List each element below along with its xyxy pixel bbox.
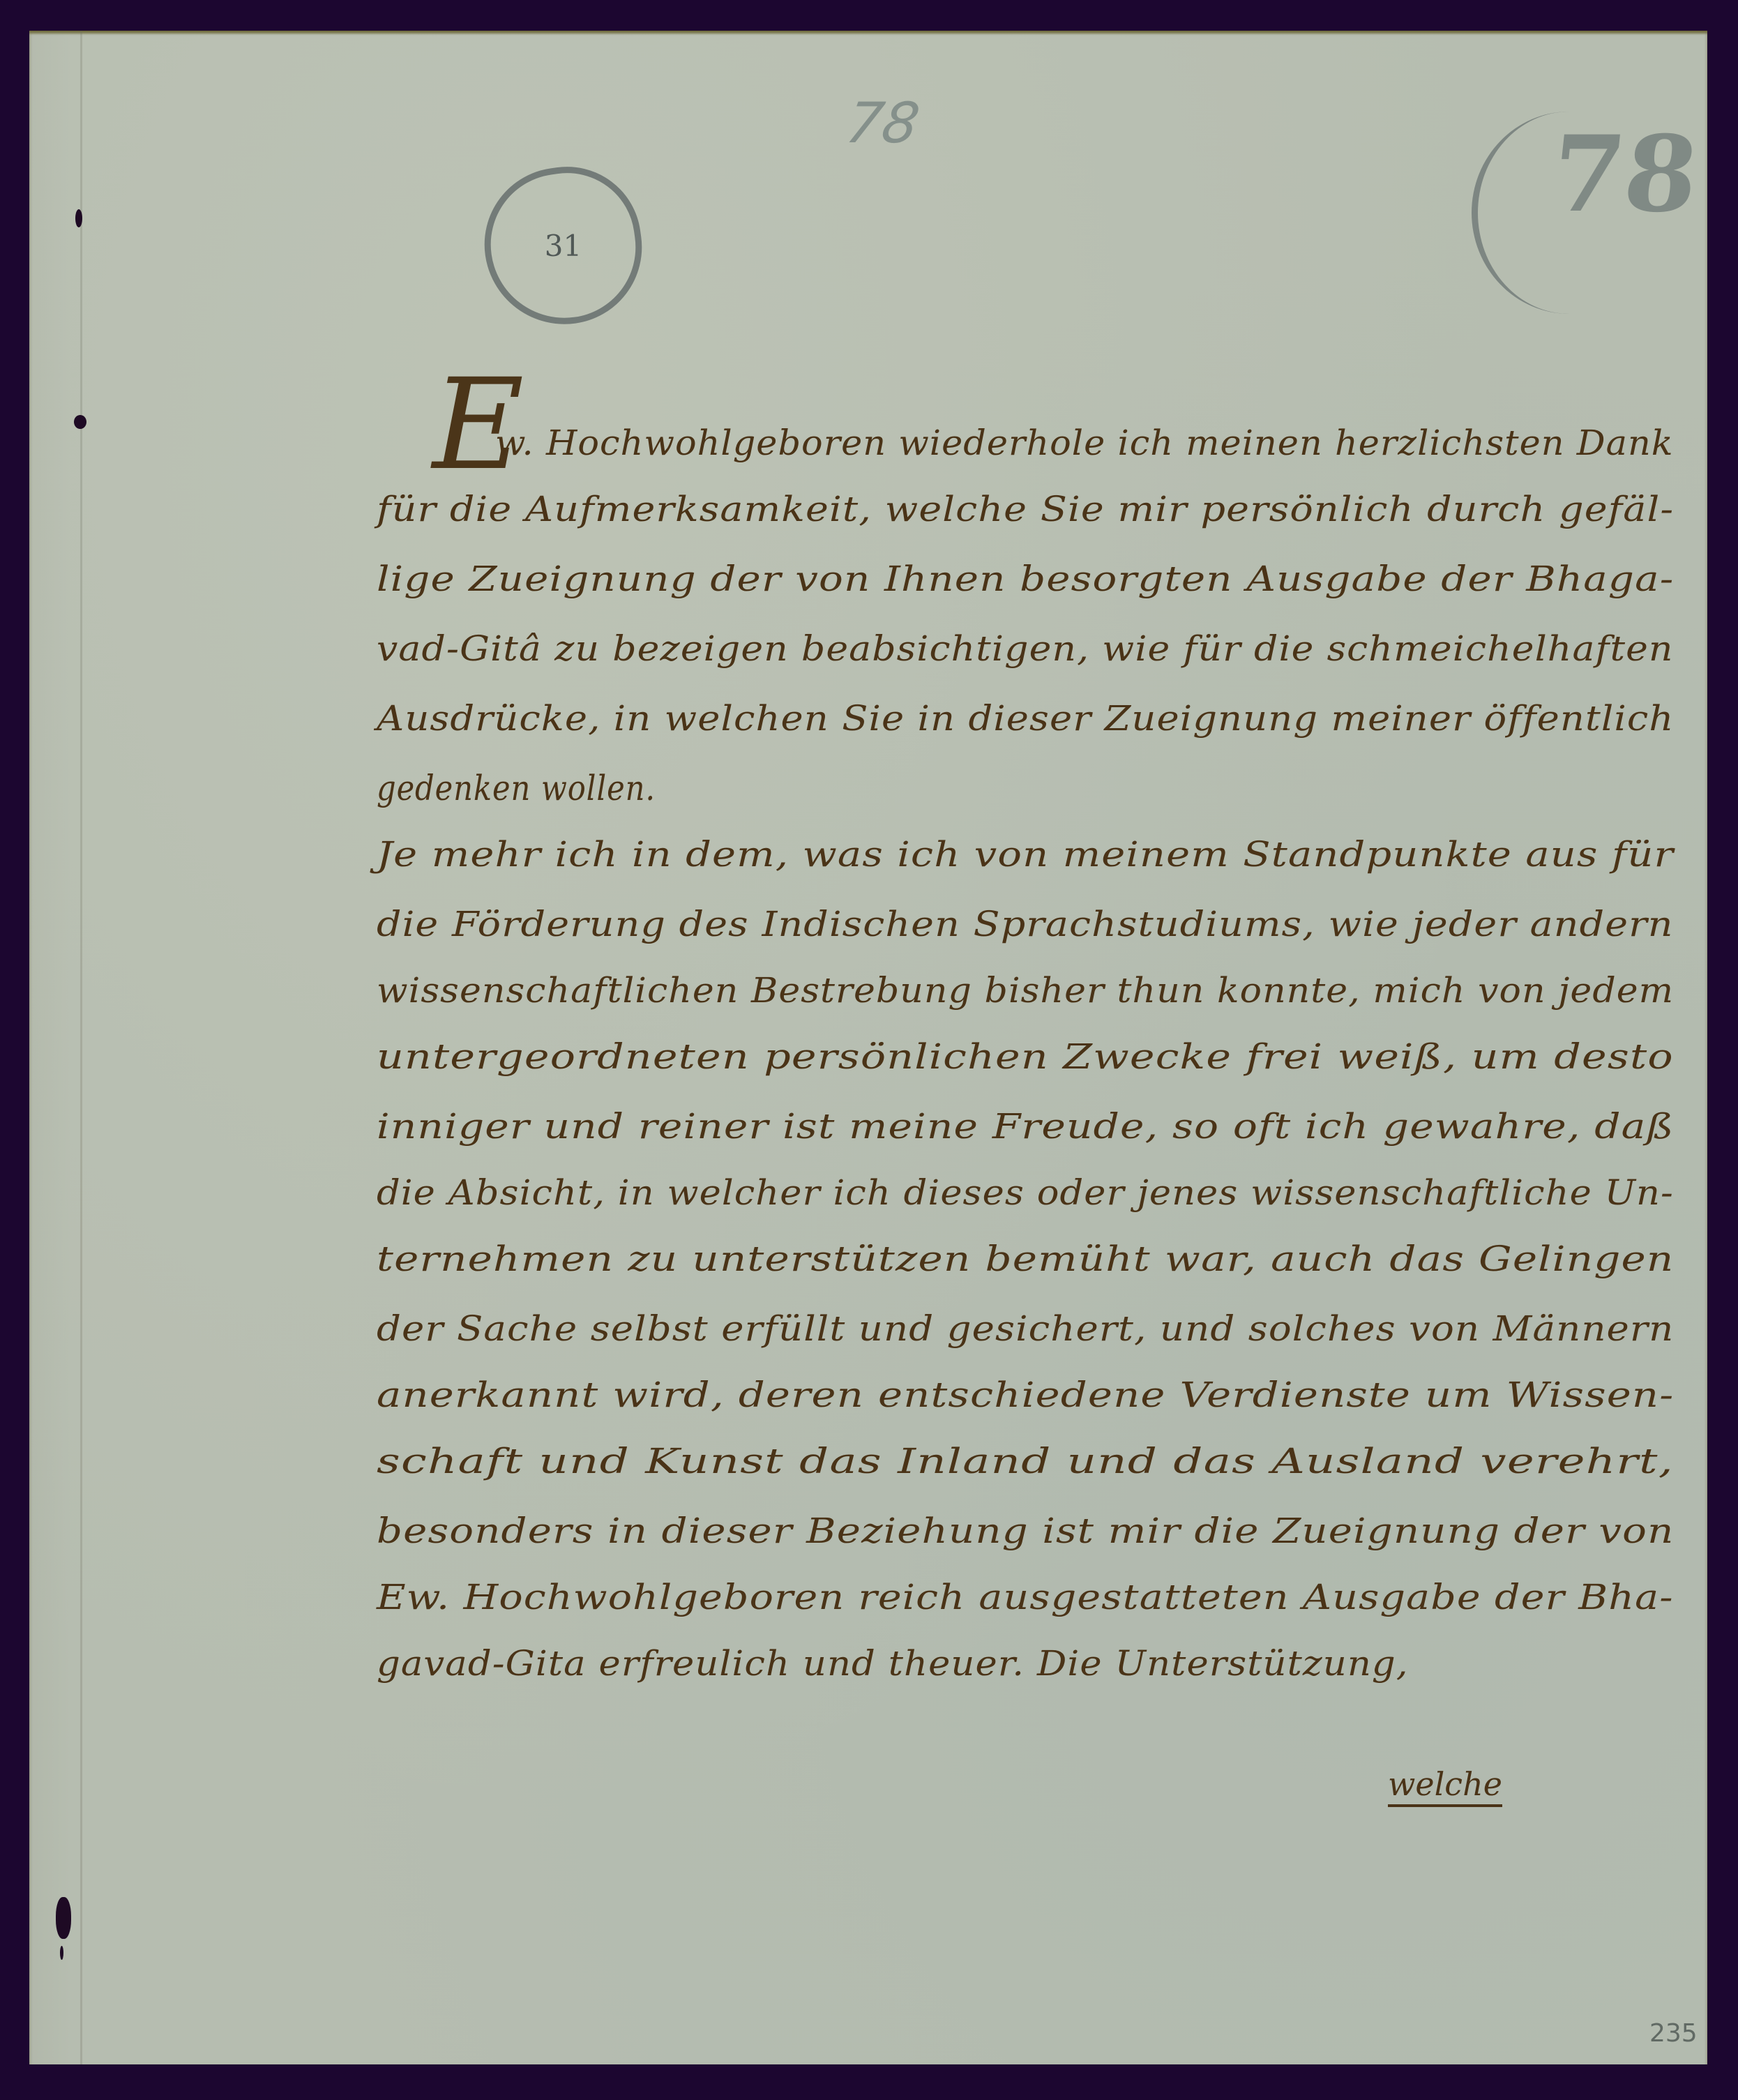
- text-line: der Sache selbst erfüllt und gesichert, …: [377, 1311, 1674, 1346]
- text-line: inniger und reiner ist meine Freude, so …: [377, 1109, 1675, 1144]
- text-line: wissenschaftlichen Bestrebung bisher thu…: [377, 973, 1674, 1008]
- text-line: Ausdrücke, in welchen Sie in dieser Zuei…: [377, 701, 1674, 736]
- text-line: anerkannt wird, deren entschiedene Verdi…: [377, 1377, 1674, 1412]
- binding-hole-icon: [60, 1946, 63, 1960]
- text-line: vad-Gitâ zu bezeigen beabsichtigen, wie …: [377, 631, 1674, 666]
- binding-hole-icon: [74, 415, 86, 429]
- text-line: w. Hochwohlgeboren wiederhole ich meinen…: [495, 425, 1674, 460]
- binding-hole-icon: [75, 209, 82, 227]
- text-line: gedenken wollen.: [377, 771, 656, 806]
- text-line: die Absicht, in welcher ich dieses oder …: [377, 1175, 1674, 1210]
- catchword: welche: [1388, 1768, 1502, 1807]
- text-line: die Förderung des Indischen Sprachstudiu…: [377, 907, 1674, 942]
- text-line: schaft und Kunst das Inland und das Ausl…: [377, 1444, 1674, 1479]
- text-line: ternehmen zu unterstützen bemüht war, au…: [377, 1241, 1674, 1276]
- text-line: Ew. Hochwohlgeboren reich ausgestatteten…: [377, 1580, 1674, 1615]
- binding-fold-line: [80, 31, 82, 2064]
- text-line: untergeordneten persönlichen Zwecke frei…: [377, 1039, 1674, 1074]
- text-line: besonders in dieser Beziehung ist mir di…: [377, 1513, 1674, 1548]
- text-line: lige Zueignung der von Ihnen besorgten A…: [377, 561, 1674, 596]
- binding-hole-icon: [56, 1897, 71, 1939]
- text-line: gavad-Gita erfreulich und theuer. Die Un…: [377, 1646, 1409, 1681]
- text-line: für die Aufmerksamkeit, welche Sie mir p…: [377, 492, 1674, 527]
- text-line: Je mehr ich in dem, was ich von meinem S…: [377, 837, 1674, 872]
